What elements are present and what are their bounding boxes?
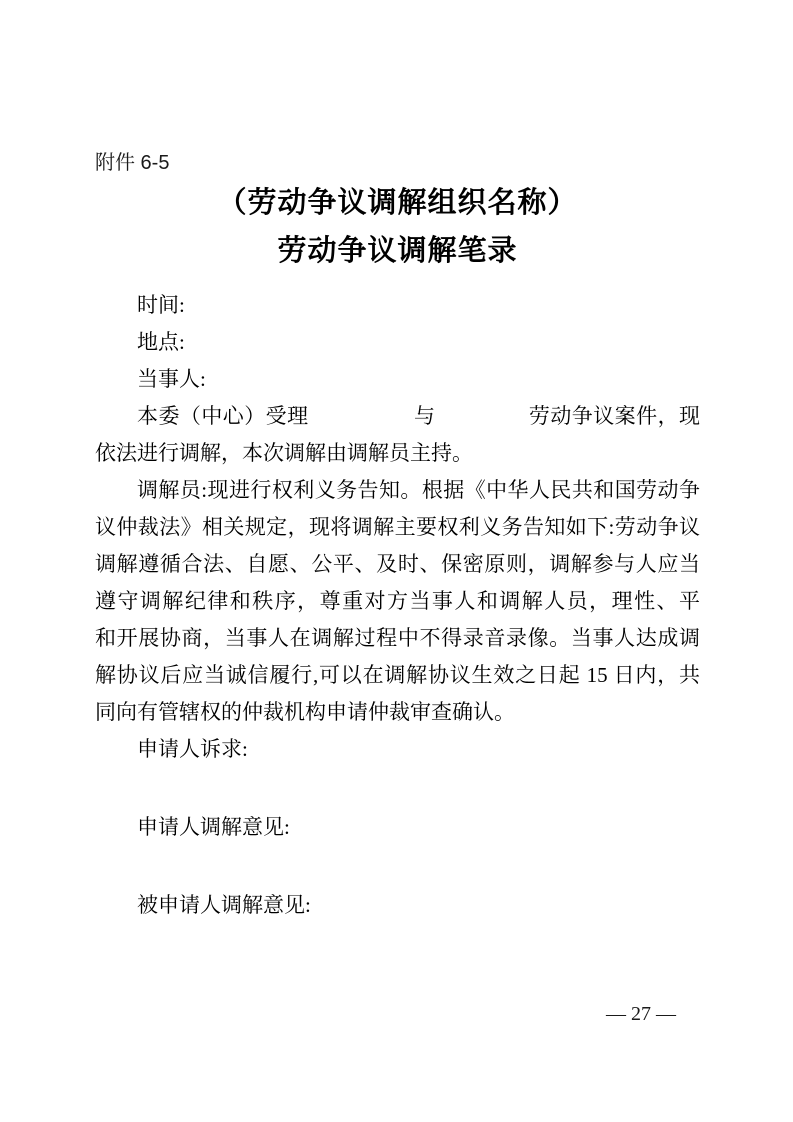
applicant-claim-label: 申请人诉求: (95, 731, 700, 768)
attachment-label: 附件 6-5 (95, 151, 700, 175)
blank-applicant-name-field (309, 421, 414, 423)
notice-line: 调解遵循合法、自愿、公平、及时、保密原则，调解参与人应当 (95, 546, 700, 583)
document-body: 时间: 地点: 当事人: 本委（中心）受理与劳动争议案件，现依法进行调解，本次调… (95, 287, 700, 924)
notice-line: 遵守调解纪律和秩序，尊重对方当事人和调解人员，理性、平 (95, 583, 700, 620)
acceptance-connector-text: 与 (414, 404, 436, 428)
parties-field-label: 当事人: (95, 361, 700, 398)
acceptance-prefix-text: 本委（中心）受理 (137, 404, 309, 428)
document-content: 附件 6-5 （劳动争议调解组织名称） 劳动争议调解笔录 时间: 地点: 当事人… (95, 151, 700, 924)
title-organization-name: （劳动争议调解组织名称） (95, 179, 700, 227)
document-page: 附件 6-5 （劳动争议调解组织名称） 劳动争议调解笔录 时间: 地点: 当事人… (0, 0, 793, 1122)
page-number: — 27 — (606, 1001, 676, 1027)
document-title-block: （劳动争议调解组织名称） 劳动争议调解笔录 (95, 179, 700, 275)
notice-line: 解协议后应当诚信履行,可以在调解协议生效之日起 15 日内，共 (95, 657, 700, 694)
rights-notice-paragraph: 调解员:现进行权利义务告知。根据《中华人民共和国劳动争 议仲裁法》相关规定，现将… (95, 472, 700, 731)
applicant-mediation-opinion-label: 申请人调解意见: (95, 809, 700, 846)
notice-line: 议仲裁法》相关规定，现将调解主要权利义务告知如下:劳动争议 (95, 509, 700, 546)
place-field-label: 地点: (95, 324, 700, 361)
notice-line: 同向有管辖权的仲裁机构申请仲裁审查确认。 (95, 694, 700, 731)
blank-respondent-name-field (435, 421, 528, 423)
title-record-name: 劳动争议调解笔录 (95, 227, 700, 275)
notice-line: 调解员:现进行权利义务告知。根据《中华人民共和国劳动争 (95, 472, 700, 509)
respondent-mediation-opinion-label: 被申请人调解意见: (95, 887, 700, 924)
notice-line: 和开展协商，当事人在调解过程中不得录音录像。当事人达成调 (95, 620, 700, 657)
time-field-label: 时间: (95, 287, 700, 324)
acceptance-paragraph: 本委（中心）受理与劳动争议案件，现依法进行调解，本次调解由调解员主持。 (95, 398, 700, 472)
